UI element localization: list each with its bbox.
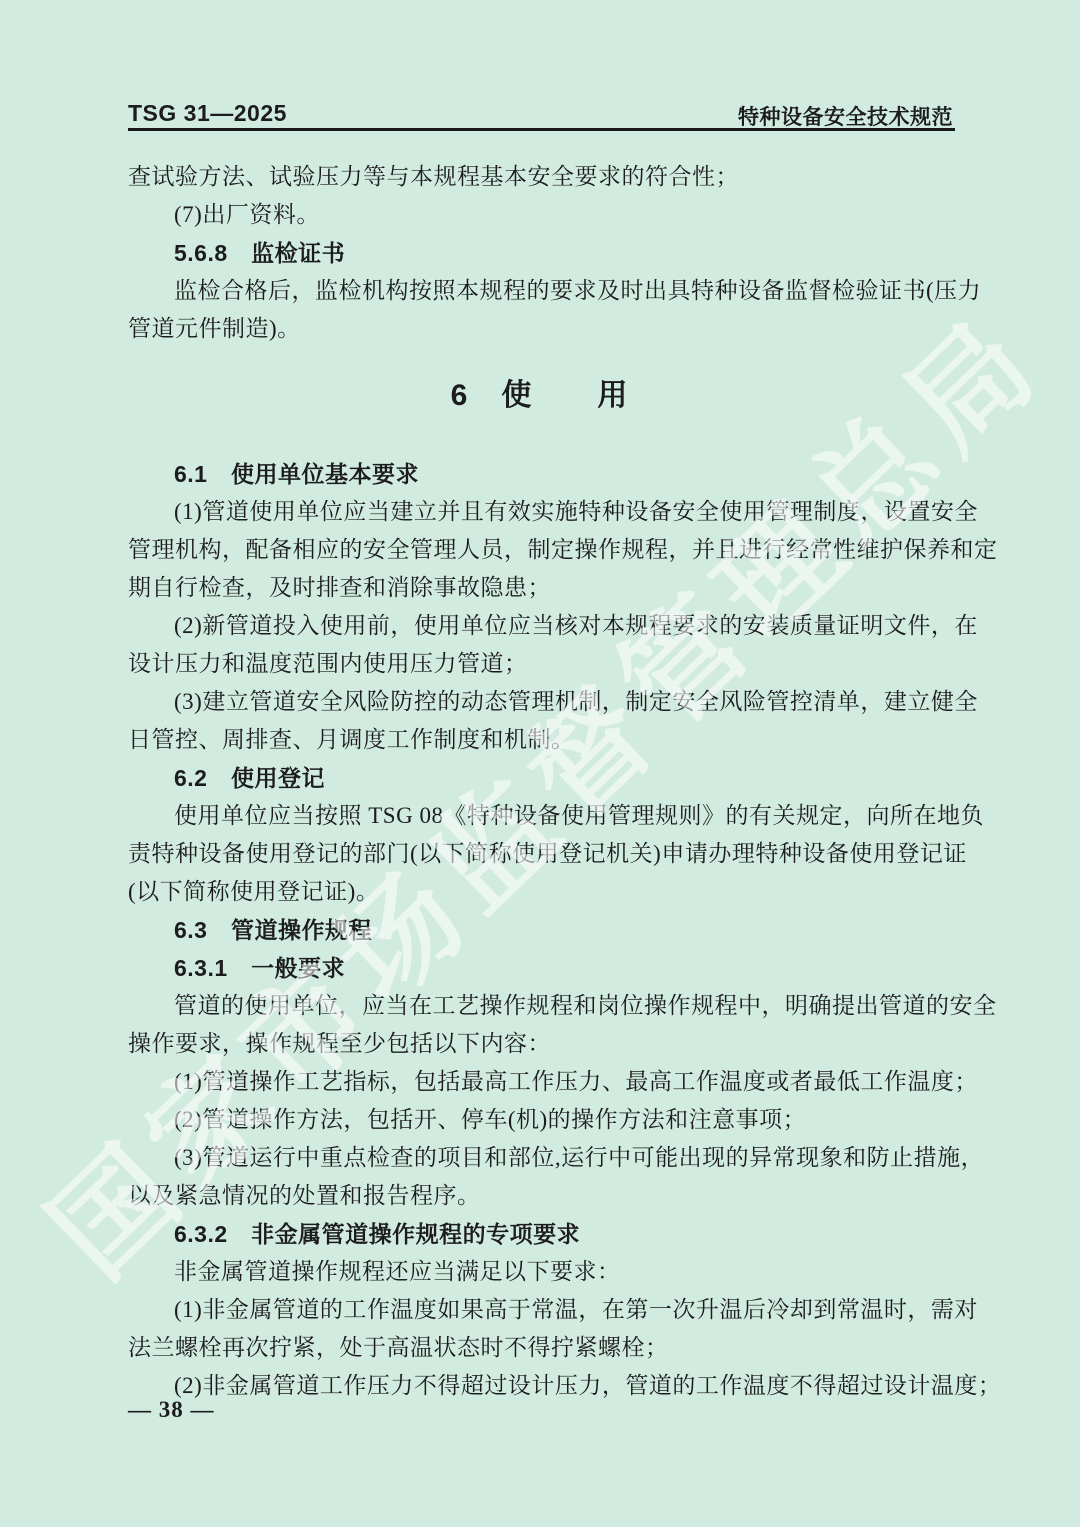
text-line: (2)新管道投入使用前，使用单位应当核对本规程要求的安装质量证明文件，在 — [128, 607, 952, 645]
text-line: (7)出厂资料。 — [128, 196, 952, 234]
text-line: 责特种设备使用登记的部门(以下简称使用登记机关)申请办理特种设备使用登记证 — [128, 835, 952, 873]
text-line: (1)管道使用单位应当建立并且有效实施特种设备安全使用管理制度，设置安全 — [128, 493, 952, 531]
heading-6-3-1: 6.3.1 一般要求 — [128, 949, 952, 987]
text-line: 法兰螺栓再次拧紧，处于高温状态时不得拧紧螺栓； — [128, 1329, 952, 1367]
text-line: 查试验方法、试验压力等与本规程基本安全要求的符合性； — [128, 158, 952, 196]
text-line: 期自行检查，及时排查和消除事故隐患； — [128, 569, 952, 607]
chapter-heading-6: 6 使 用 — [128, 374, 952, 418]
text-line: (以下简称使用登记证)。 — [128, 873, 952, 911]
text-line: 设计压力和温度范围内使用压力管道； — [128, 645, 952, 683]
heading-6-3: 6.3 管道操作规程 — [128, 911, 952, 949]
heading-6-1: 6.1 使用单位基本要求 — [128, 455, 952, 493]
document-body: 查试验方法、试验压力等与本规程基本安全要求的符合性； (7)出厂资料。 5.6.… — [128, 158, 952, 1405]
text-line: 操作要求，操作规程至少包括以下内容： — [128, 1025, 952, 1063]
text-line: (2)管道操作方法，包括开、停车(机)的操作方法和注意事项； — [128, 1101, 952, 1139]
text-line: 日管控、周排查、月调度工作制度和机制。 — [128, 721, 952, 759]
text-line: 管道的使用单位，应当在工艺操作规程和岗位操作规程中，明确提出管道的安全 — [128, 987, 952, 1025]
text-line: 监检合格后，监检机构按照本规程的要求及时出具特种设备监督检验证书(压力 — [128, 272, 952, 310]
text-line: (1)非金属管道的工作温度如果高于常温，在第一次升温后冷却到常温时，需对 — [128, 1291, 952, 1329]
text-line: (2)非金属管道工作压力不得超过设计压力，管道的工作温度不得超过设计温度； — [128, 1367, 952, 1405]
heading-5-6-8: 5.6.8 监检证书 — [128, 234, 952, 272]
header-doc-title: 特种设备安全技术规范 — [738, 101, 953, 131]
text-line: 非金属管道操作规程还应当满足以下要求： — [128, 1253, 952, 1291]
page-number: — 38 — — [128, 1397, 215, 1423]
text-line: (3)管道运行中重点检查的项目和部位,运行中可能出现的异常现象和防止措施， — [128, 1139, 952, 1177]
text-line: (3)建立管道安全风险防控的动态管理机制，制定安全风险管控清单，建立健全 — [128, 683, 952, 721]
header-rule — [128, 128, 955, 131]
text-line: 管道元件制造)。 — [128, 310, 952, 348]
text-line: 使用单位应当按照 TSG 08《特种设备使用管理规则》的有关规定，向所在地负 — [128, 797, 952, 835]
header-doc-code: TSG 31—2025 — [128, 100, 287, 127]
text-line: 以及紧急情况的处置和报告程序。 — [128, 1177, 952, 1215]
text-line: 管理机构，配备相应的安全管理人员，制定操作规程，并且进行经常性维护保养和定 — [128, 531, 952, 569]
heading-6-3-2: 6.3.2 非金属管道操作规程的专项要求 — [128, 1215, 952, 1253]
text-line: (1)管道操作工艺指标，包括最高工作压力、最高工作温度或者最低工作温度； — [128, 1063, 952, 1101]
document-page: TSG 31—2025 特种设备安全技术规范 查试验方法、试验压力等与本规程基本… — [0, 0, 1080, 1527]
heading-6-2: 6.2 使用登记 — [128, 759, 952, 797]
